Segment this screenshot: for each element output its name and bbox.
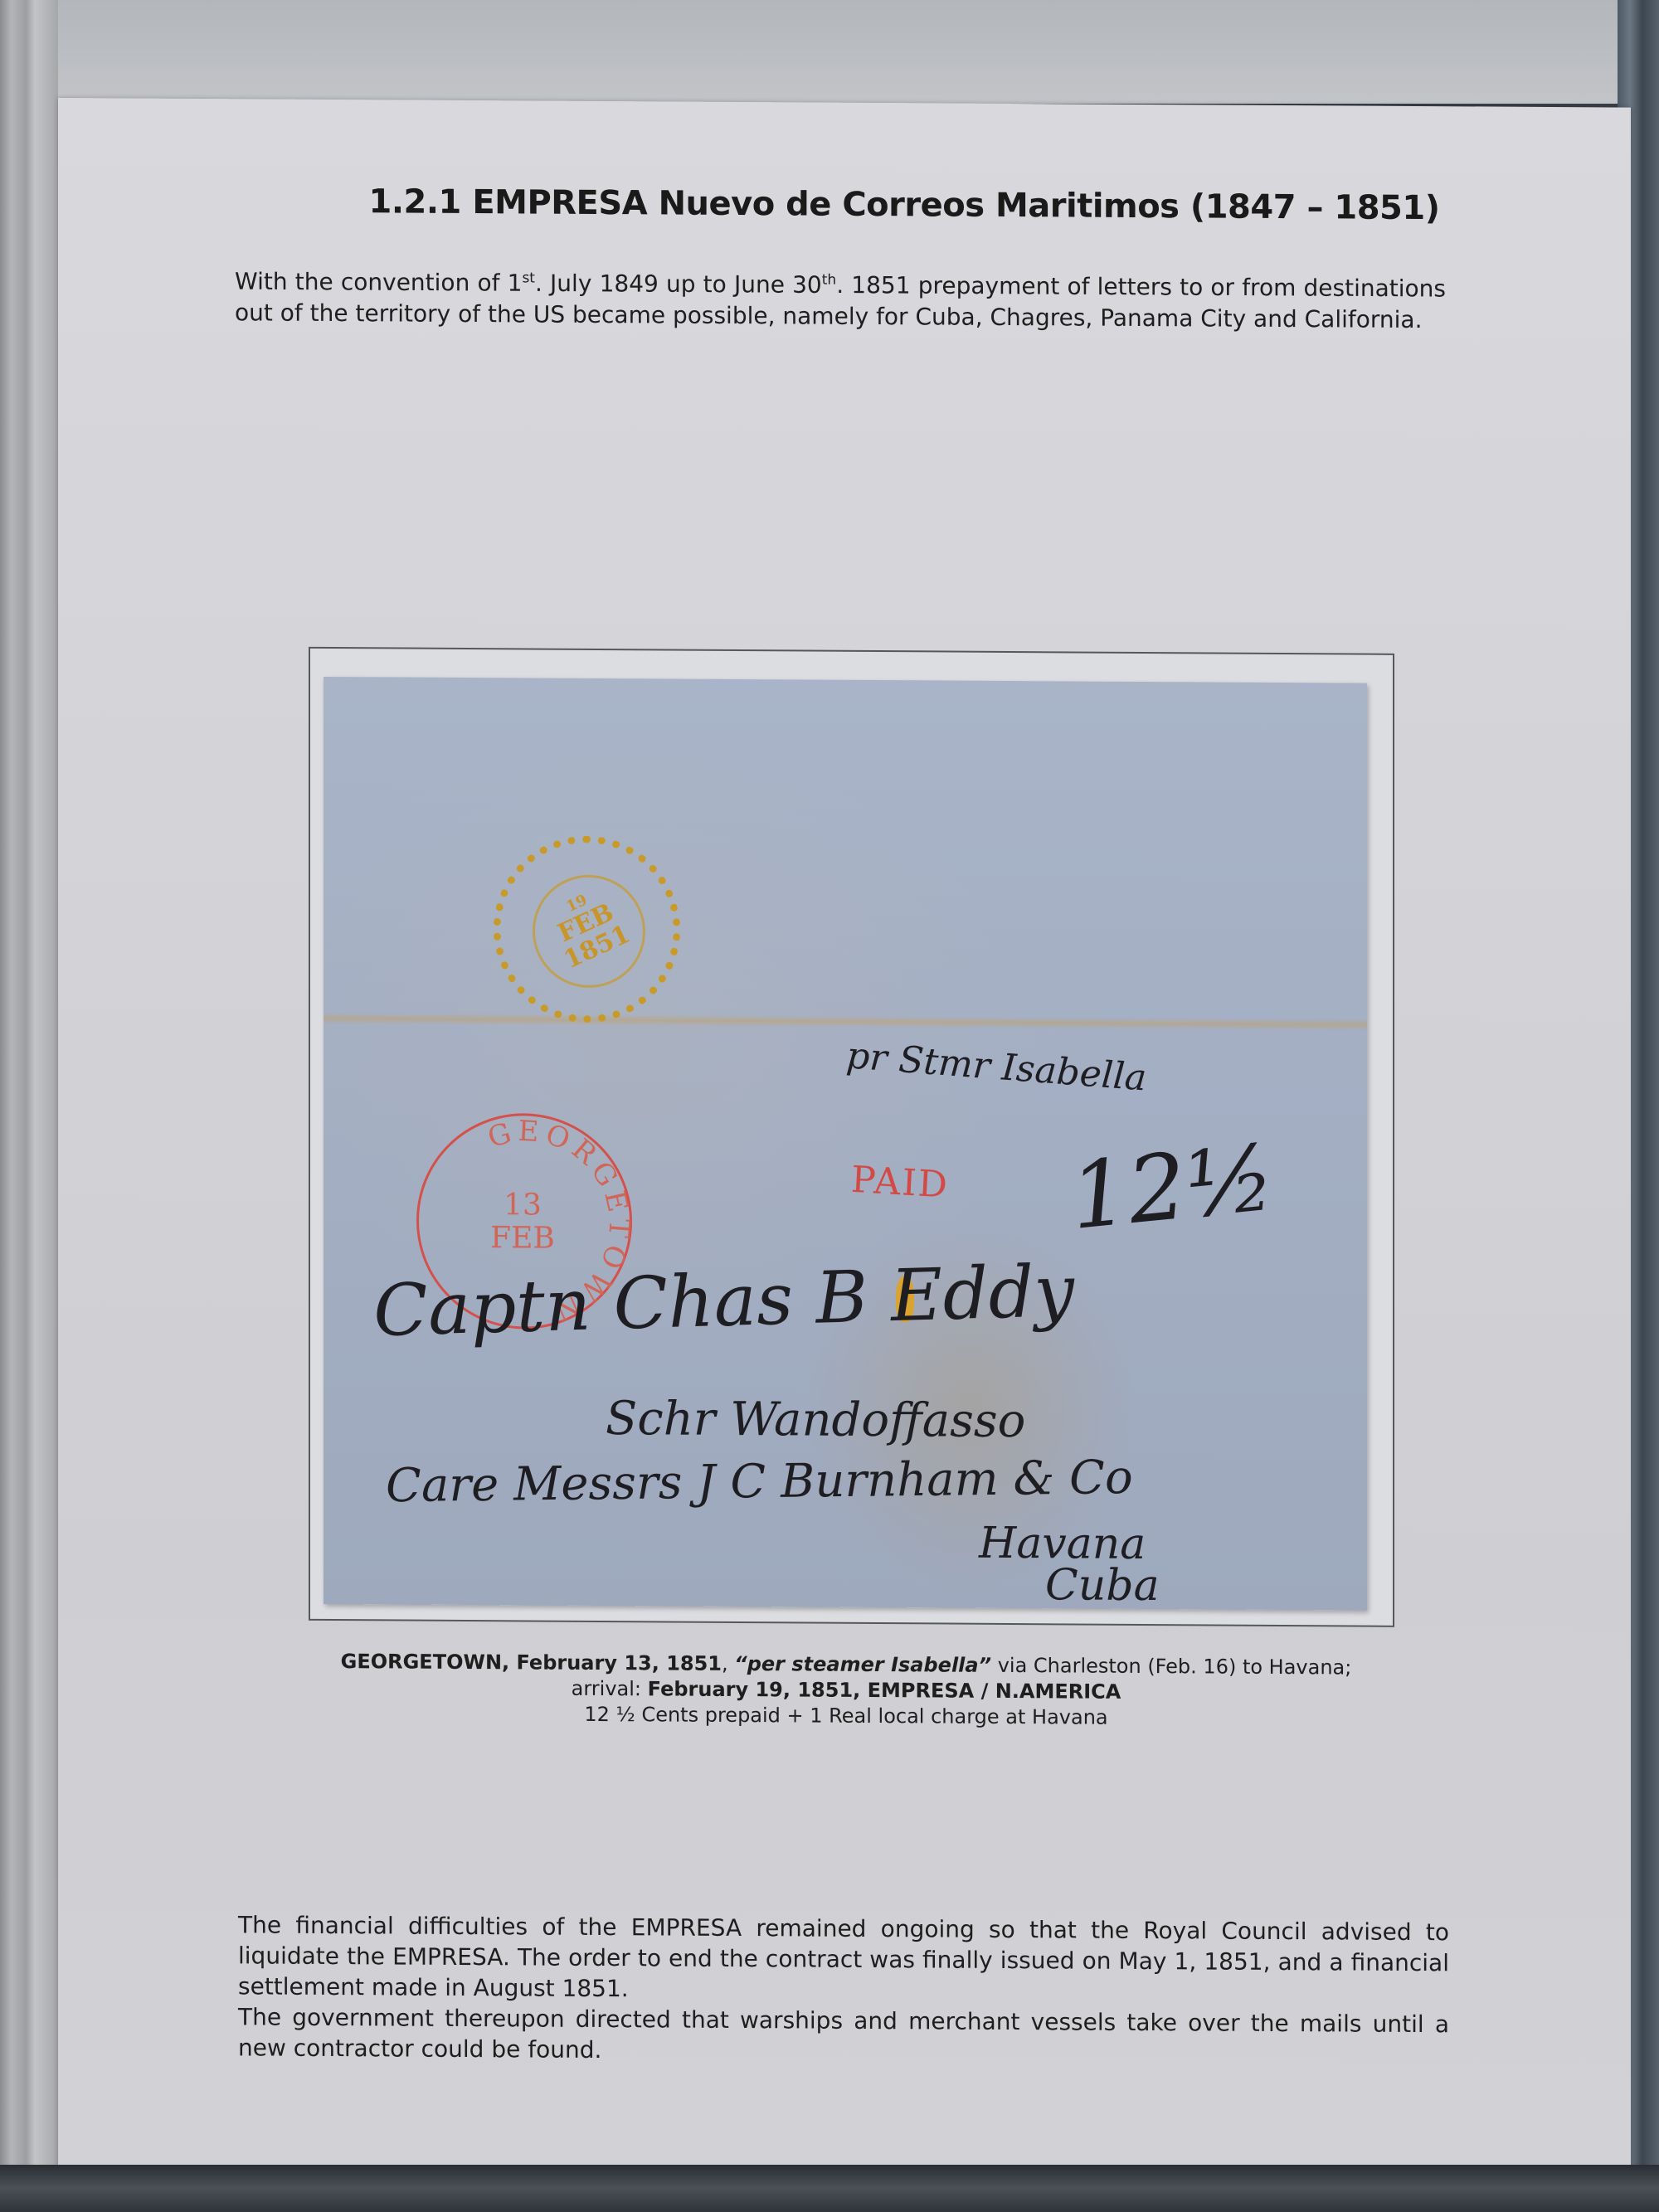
- cover-mount-frame: 19 FEB 1851 GEORGETOWN 13 FEB: [309, 647, 1394, 1627]
- album-sleeve-bottom: [0, 2165, 1659, 2212]
- routing-endorsement: pr Stmr Isabella: [845, 1034, 1148, 1099]
- postal-cover: 19 FEB 1851 GEORGETOWN 13 FEB: [324, 677, 1367, 1611]
- caption-line-3: 12 ½ Cents prepaid + 1 Real local charge…: [307, 1700, 1385, 1733]
- intro-paragraph: With the convention of 1st. July 1849 up…: [235, 260, 1446, 336]
- caption-origin: GEORGETOWN, February 13, 1851: [341, 1650, 722, 1675]
- closing-text: The financial difficulties of the EMPRES…: [238, 1909, 1449, 2070]
- ordinal-suffix: st: [522, 270, 535, 286]
- intro-text: With the convention of 1: [235, 268, 522, 297]
- album-page: 1.2.1 EMPRESA Nuevo de Correos Maritimos…: [58, 98, 1631, 2202]
- page-title: 1.2.1 EMPRESA Nuevo de Correos Maritimos…: [282, 182, 1526, 228]
- closing-paragraph-2: The government thereupon directed that w…: [238, 2001, 1449, 2070]
- album-binder-left: [0, 0, 58, 2212]
- ordinal-suffix: th: [822, 272, 836, 289]
- cover-fold-line: [324, 1013, 1367, 1031]
- postmark-month: FEB: [419, 1222, 626, 1257]
- closing-paragraph-1: The financial difficulties of the EMPRES…: [238, 1909, 1449, 2009]
- caption-route-detail: via Charleston (Feb. 16) to Havana;: [991, 1654, 1351, 1680]
- address-country: Cuba: [1045, 1560, 1160, 1610]
- addressee-ship: Schr Wandoffasso: [606, 1392, 1025, 1448]
- caption-arrival-label: arrival:: [572, 1677, 648, 1701]
- postmark-day: 13: [419, 1189, 626, 1223]
- rate-marking: 12½: [1065, 1124, 1280, 1250]
- postmark-date: 13 FEB: [419, 1189, 626, 1257]
- intro-text: . July 1849 up to June 30: [535, 270, 822, 299]
- care-of-line: Care Messrs J C Burnham & Co: [386, 1451, 1134, 1513]
- protective-sleeve-top: [58, 0, 1618, 104]
- caption-route: “per steamer Isabella”: [734, 1652, 991, 1677]
- empresa-arrival-postmark: 19 FEB 1851: [494, 835, 680, 1023]
- paid-handstamp: PAID: [850, 1159, 951, 1207]
- cover-caption: GEORGETOWN, February 13, 1851, “per stea…: [307, 1649, 1385, 1733]
- caption-separator: ,: [722, 1652, 734, 1675]
- caption-arrival-detail: February 19, 1851, EMPRESA / N.AMERICA: [648, 1677, 1121, 1703]
